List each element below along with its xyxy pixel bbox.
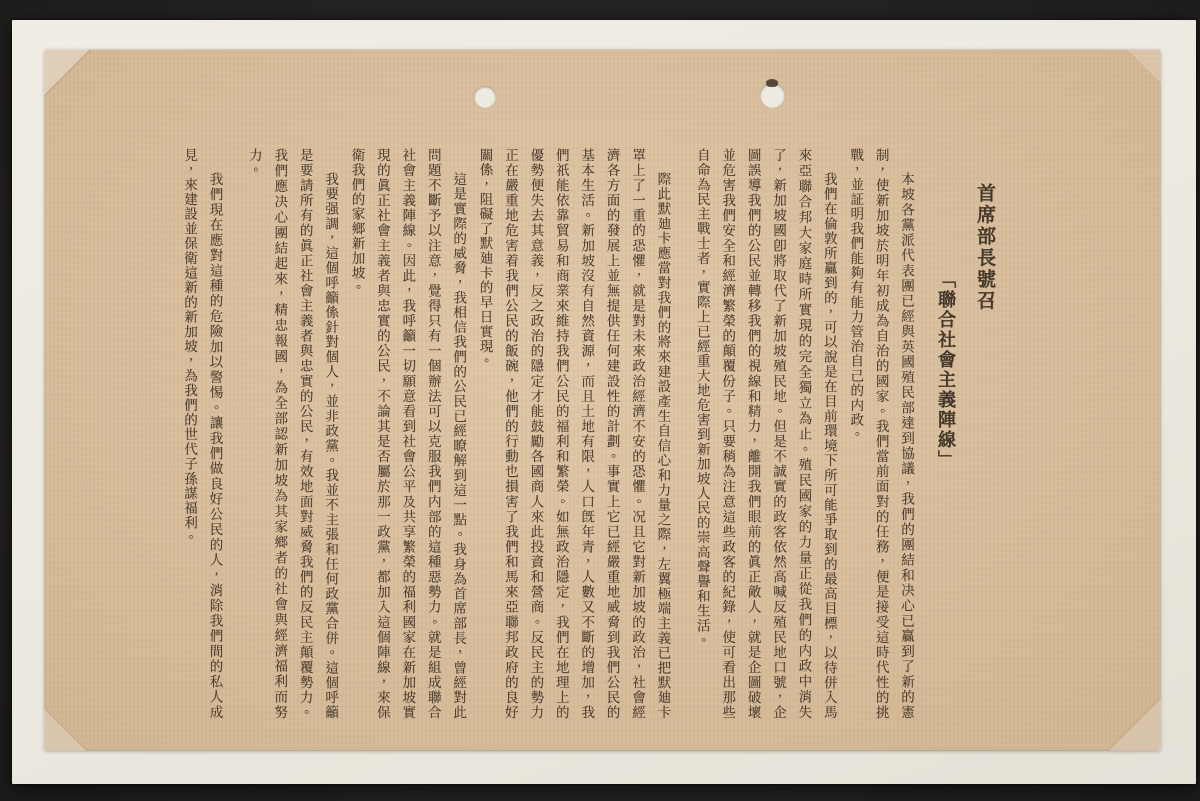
body-paragraph: 這是實際的威脅，我相信我們的公民已經瞭解到這一點。我身為首席部長，曾經對此問題不… [343,148,470,720]
body-paragraph: 本坡各黨派代表團已經與英國殖民部達到協議，我們的團結和决心已贏到了新的憲制，使新… [842,148,918,720]
document-title: 首席部長號召 [966,148,1004,720]
photo-corner-top-left [44,49,90,95]
punch-hole-right [760,83,785,108]
body-paragraph: 我們在倫敦所贏到的，可以說是在目前環境下所可能爭取到的最高目標，以待併入馬來亞聯… [688,148,840,720]
photo-corner-bottom-left [44,709,86,751]
document-body: 本坡各黨派代表團已經與英國殖民部達到協議，我們的團結和决心已贏到了新的憲制，使新… [176,148,918,720]
photo-corner-bottom-right [1109,699,1161,751]
body-paragraph: 我要强調，這個呼籲係針對個人，並非政黨。我並不主張和任何政黨合併。這個呼籲是要請… [240,148,342,720]
document-page: 首席部長號召 「聯合社會主義陣線」 本坡各黨派代表團已經與英國殖民部達到協議，我… [45,50,1160,750]
photo-backdrop: 首席部長號召 「聯合社會主義陣線」 本坡各黨派代表團已經與英國殖民部達到協議，我… [0,0,1200,801]
document-subtitle: 「聯合社會主義陣線」 [928,148,962,720]
punch-hole-left [474,86,496,108]
body-paragraph: 我們現在應對這種的危險加以警惕。讓我們做良好公民的人，消除我們間的私人成見，來建… [176,148,227,720]
mount-board: 首席部長號召 「聯合社會主義陣線」 本坡各黨派代表團已經與英國殖民部達到協議，我… [12,20,1196,784]
document-text: 首席部長號召 「聯合社會主義陣線」 本坡各黨派代表團已經與英國殖民部達到協議，我… [175,148,1004,720]
photo-corner-top-right [1127,49,1161,83]
body-paragraph: 際此默廸卡應當對我們的將來建設產生自信心和力量之際，左翼極端主義已把默廸卡罩上了… [471,148,674,720]
